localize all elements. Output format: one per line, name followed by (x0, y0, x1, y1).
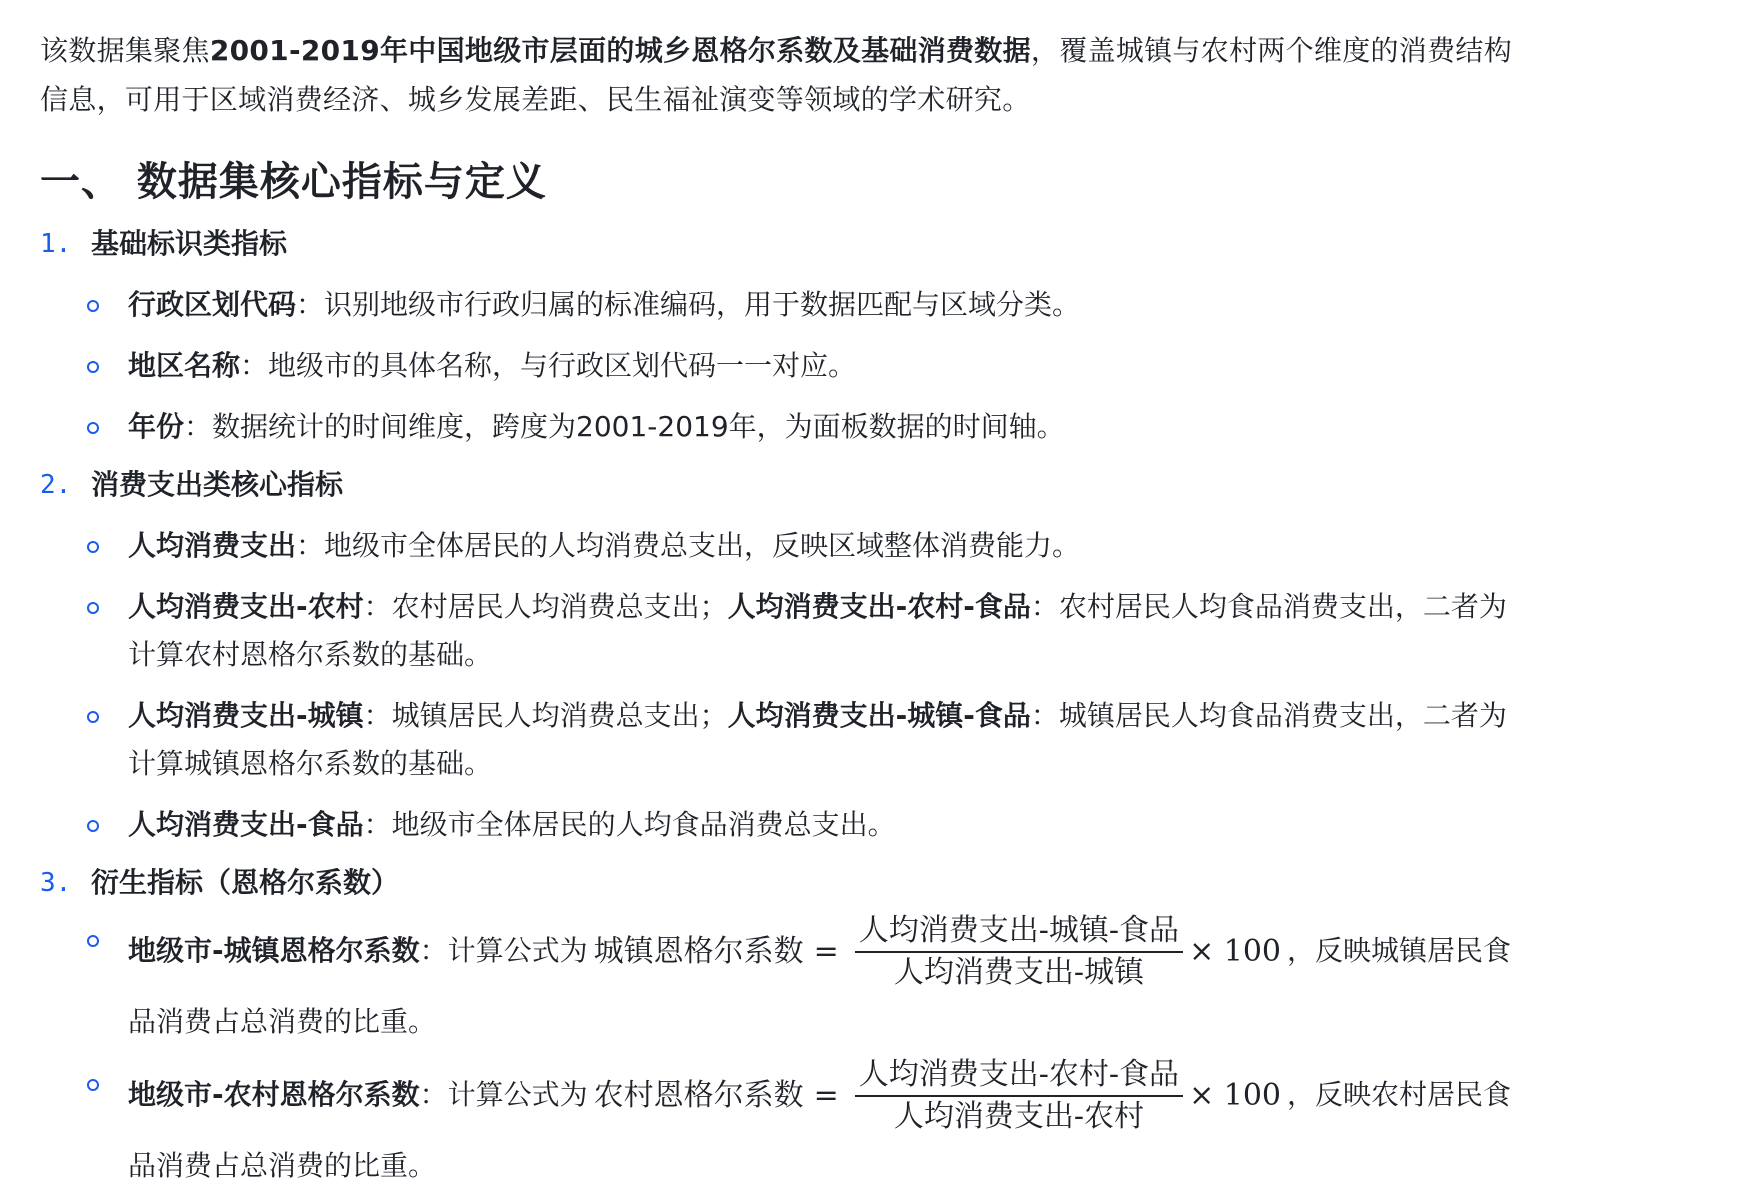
intro-paragraph: 该数据集聚焦2001-2019年中国地级市层面的城乡恩格尔系数及基础消费数据，覆… (40, 26, 1530, 124)
group-items: 地级市-城镇恩格尔系数：计算公式为城镇恩格尔系数=人均消费支出-城镇-食品人均消… (40, 911, 1530, 1195)
bullet-circle-icon (87, 602, 99, 614)
item-term: 年份 (128, 410, 184, 443)
item-term: 人均消费支出-农村 (128, 590, 364, 623)
formula-equals: = (814, 1067, 839, 1125)
list-number: 1. (40, 220, 71, 268)
formula-lhs: 农村恩格尔系数 (594, 1067, 804, 1125)
bullet-circle-icon (87, 1079, 99, 1091)
item-term-secondary: 人均消费支出-农村-食品 (728, 590, 1031, 623)
item-desc: ：城镇居民人均消费总支出； (364, 699, 728, 732)
item-term: 人均消费支出-城镇 (128, 699, 364, 732)
section-title: 一、 数据集核心指标与定义 (40, 154, 1530, 210)
item-desc: ：地级市全体居民的人均消费总支出，反映区域整体消费能力。 (296, 529, 1080, 562)
formula-denominator: 人均消费支出-农村 (890, 1097, 1148, 1137)
item-term: 地级市-农村恩格尔系数 (128, 1078, 420, 1111)
item-term: 人均消费支出-食品 (128, 808, 364, 841)
list-number: 3. (40, 859, 71, 907)
document: 该数据集聚焦2001-2019年中国地级市层面的城乡恩格尔系数及基础消费数据，覆… (40, 26, 1530, 1195)
bullet-circle-icon (87, 711, 99, 723)
item-desc: ：计算公式为 (420, 1078, 588, 1111)
list-item: 人均消费支出-农村：农村居民人均消费总支出；人均消费支出-农村-食品：农村居民人… (40, 583, 1523, 679)
item-term: 地级市-城镇恩格尔系数 (128, 934, 420, 967)
list-item-rural-engel: 地级市-农村恩格尔系数：计算公式为农村恩格尔系数=人均消费支出-农村-食品人均消… (40, 1055, 1523, 1195)
list-number: 2. (40, 461, 71, 509)
group-items: 人均消费支出：地级市全体居民的人均消费总支出，反映区域整体消费能力。 人均消费支… (40, 522, 1530, 849)
item-desc: ：地级市的具体名称，与行政区划代码一一对应。 (240, 349, 856, 382)
item-desc: ：计算公式为 (420, 934, 588, 967)
item-desc: ：农村居民人均消费总支出； (364, 590, 728, 623)
formula-numerator: 人均消费支出-城镇-食品 (855, 911, 1183, 951)
item-desc: ：识别地级市行政归属的标准编码，用于数据匹配与区域分类。 (296, 288, 1080, 321)
item-term: 行政区划代码 (128, 288, 296, 321)
formula-numerator: 人均消费支出-农村-食品 (855, 1055, 1183, 1095)
group-derived-indicators: 3. 衍生指标（恩格尔系数） 地级市-城镇恩格尔系数：计算公式为城镇恩格尔系数=… (40, 859, 1530, 1195)
group-items: 行政区划代码：识别地级市行政归属的标准编码，用于数据匹配与区域分类。 地区名称：… (40, 281, 1530, 451)
bullet-circle-icon (87, 361, 99, 373)
group-title: 基础标识类指标 (91, 227, 287, 260)
formula-multiplier: × 100 (1189, 923, 1281, 981)
urban-engel-formula: 城镇恩格尔系数=人均消费支出-城镇-食品人均消费支出-城镇× 100 (594, 911, 1281, 993)
group-title: 消费支出类核心指标 (91, 468, 343, 501)
indicator-groups: 1. 基础标识类指标 行政区划代码：识别地级市行政归属的标准编码，用于数据匹配与… (40, 220, 1530, 1195)
group-heading: 2. 消费支出类核心指标 (40, 461, 1530, 509)
item-term: 人均消费支出 (128, 529, 296, 562)
formula-equals: = (814, 923, 839, 981)
group-heading: 1. 基础标识类指标 (40, 220, 1530, 268)
list-item: 年份：数据统计的时间维度，跨度为2001-2019年，为面板数据的时间轴。 (40, 403, 1523, 451)
bullet-circle-icon (87, 422, 99, 434)
list-item: 人均消费支出-食品：地级市全体居民的人均食品消费总支出。 (40, 801, 1523, 849)
group-title: 衍生指标（恩格尔系数） (91, 866, 399, 899)
intro-prefix: 该数据集聚焦 (40, 34, 210, 67)
formula-lhs: 城镇恩格尔系数 (594, 923, 804, 981)
item-desc: ：数据统计的时间维度，跨度为2001-2019年，为面板数据的时间轴。 (184, 410, 1065, 443)
intro-highlight: 2001-2019年中国地级市层面的城乡恩格尔系数及基础消费数据 (210, 34, 1031, 67)
list-item: 人均消费支出-城镇：城镇居民人均消费总支出；人均消费支出-城镇-食品：城镇居民人… (40, 692, 1523, 788)
bullet-circle-icon (87, 541, 99, 553)
formula-fraction: 人均消费支出-城镇-食品人均消费支出-城镇 (855, 911, 1183, 993)
formula-fraction: 人均消费支出-农村-食品人均消费支出-农村 (855, 1055, 1183, 1137)
formula-denominator: 人均消费支出-城镇 (890, 953, 1148, 993)
list-item: 人均消费支出：地级市全体居民的人均消费总支出，反映区域整体消费能力。 (40, 522, 1523, 570)
list-item: 行政区划代码：识别地级市行政归属的标准编码，用于数据匹配与区域分类。 (40, 281, 1523, 329)
group-consumption-expenditure: 2. 消费支出类核心指标 人均消费支出：地级市全体居民的人均消费总支出，反映区域… (40, 461, 1530, 849)
bullet-circle-icon (87, 300, 99, 312)
formula-multiplier: × 100 (1189, 1067, 1281, 1125)
list-item: 地区名称：地级市的具体名称，与行政区划代码一一对应。 (40, 342, 1523, 390)
bullet-circle-icon (87, 820, 99, 832)
rural-engel-formula: 农村恩格尔系数=人均消费支出-农村-食品人均消费支出-农村× 100 (594, 1055, 1281, 1137)
item-desc: ：地级市全体居民的人均食品消费总支出。 (364, 808, 896, 841)
group-basic-identifiers: 1. 基础标识类指标 行政区划代码：识别地级市行政归属的标准编码，用于数据匹配与… (40, 220, 1530, 451)
item-term: 地区名称 (128, 349, 240, 382)
bullet-circle-icon (87, 935, 99, 947)
list-item-urban-engel: 地级市-城镇恩格尔系数：计算公式为城镇恩格尔系数=人均消费支出-城镇-食品人均消… (40, 911, 1523, 1051)
group-heading: 3. 衍生指标（恩格尔系数） (40, 859, 1530, 907)
item-term-secondary: 人均消费支出-城镇-食品 (728, 699, 1031, 732)
